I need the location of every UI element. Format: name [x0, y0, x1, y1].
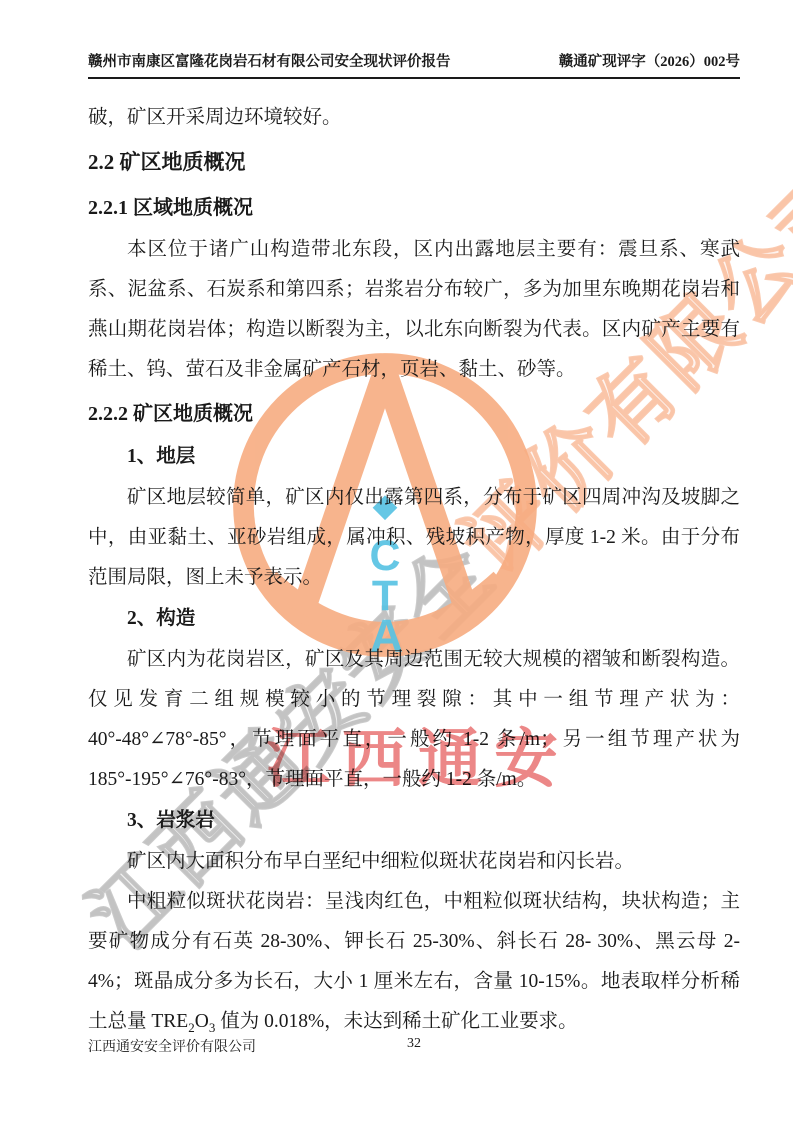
heading-2-2: 2.2 矿区地质概况 — [88, 140, 740, 184]
page-number: 32 — [88, 1036, 740, 1052]
heading-2-2-2: 2.2.2 矿区地质概况 — [88, 392, 740, 436]
subheading-structure: 2、构造 — [88, 598, 740, 640]
page-header: 赣州市南康区富隆花岗岩石材有限公司安全现状评价报告 赣通矿现评字（2026）00… — [88, 50, 740, 79]
subheading-magmatic-rock: 3、岩浆岩 — [88, 800, 740, 842]
subheading-strata: 1、地层 — [88, 436, 740, 478]
header-document-number: 赣通矿现评字（2026）002号 — [559, 50, 740, 71]
para2-oxygen: O — [195, 1011, 209, 1032]
heading-2-2-1: 2.2.1 区域地质概况 — [88, 186, 740, 230]
page-content: 赣州市南康区富隆花岗岩石材有限公司安全现状评价报告 赣通矿现评字（2026）00… — [0, 0, 793, 1122]
paragraph-magmatic-rock-2: 中粗粒似斑状花岗岩：呈浅肉红色，中粗粒似斑状结构，块状构造；主要矿物成分有石英 … — [88, 882, 740, 1042]
body-text: 破，矿区开采周边环境较好。 2.2 矿区地质概况 2.2.1 区域地质概况 本区… — [88, 98, 740, 1042]
paragraph-regional-geology: 本区位于诸广山构造带北东段，区内出露地层主要有：震旦系、寒武系、泥盆系、石炭系和… — [88, 230, 740, 390]
carryover-paragraph: 破，矿区开采周边环境较好。 — [88, 98, 740, 138]
paragraph-magmatic-rock-1: 矿区内大面积分布早白垩纪中细粒似斑状花岗岩和闪长岩。 — [88, 842, 740, 882]
paragraph-structure: 矿区内为花岗岩区，矿区及其周边范围无较大规模的褶皱和断裂构造。仅见发育二组规模较… — [88, 640, 740, 800]
paragraph-strata: 矿区地层较简单，矿区内仅出露第四系，分布于矿区四周冲沟及坡脚之中，由亚黏土、亚砂… — [88, 478, 740, 598]
para2-text-end: 值为 0.018%，未达到稀土矿化工业要求。 — [215, 1011, 577, 1032]
document-page: 江西通安安全评价有限公司 C T A 赣州市南康区富隆花岗岩石材有限公司安全现状… — [0, 0, 793, 1122]
header-report-title: 赣州市南康区富隆花岗岩石材有限公司安全现状评价报告 — [88, 50, 451, 71]
